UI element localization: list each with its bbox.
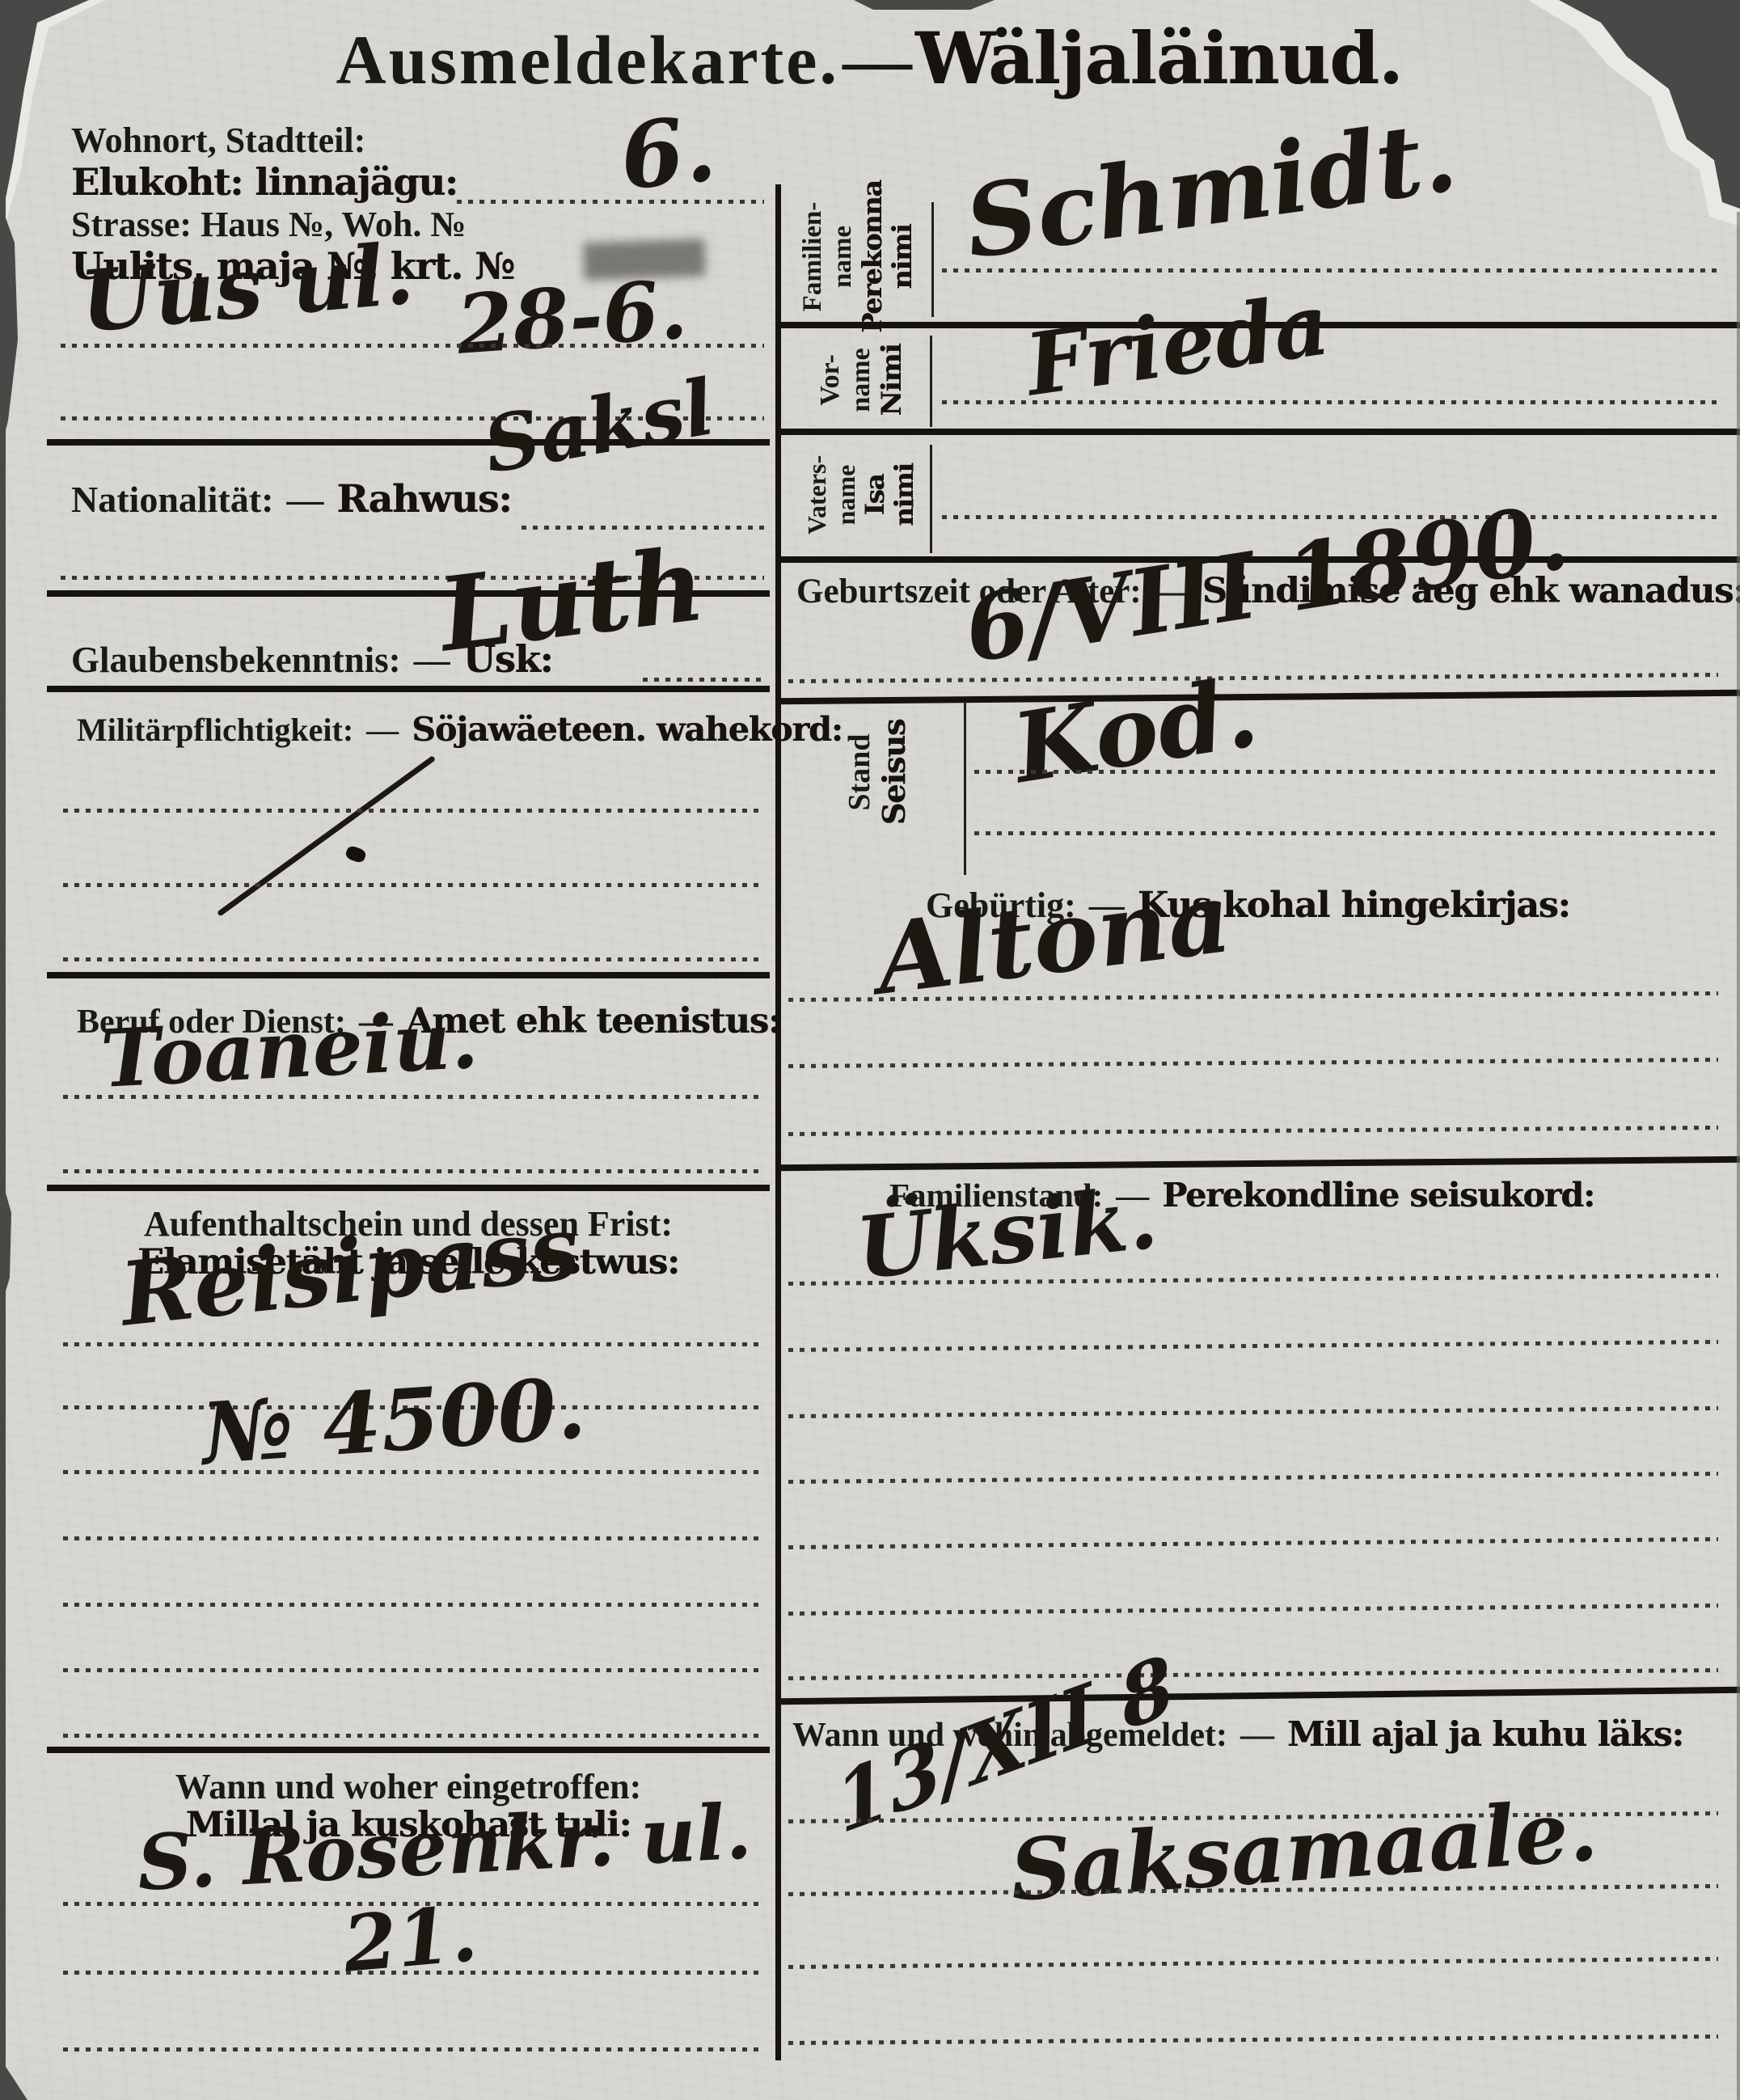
dotted-line	[788, 1340, 1718, 1352]
handwriting-religion: Luth	[434, 535, 709, 667]
vertical-label-father-name: Vaters- name Isa nimi	[796, 438, 926, 551]
dotted-line	[63, 1169, 764, 1173]
label-perekondline: Perekondline seisukord:	[1162, 1177, 1594, 1214]
label-rahwus: Rahwus:	[336, 479, 511, 521]
dotted-line	[788, 1957, 1718, 1969]
dotted-line	[788, 1604, 1718, 1616]
label-familienname-line2: name	[828, 226, 858, 288]
label-wohnort-stadtteil: Wohnort, Stadtteil:	[71, 121, 365, 160]
label-nationalitaet: Nationalität:	[71, 480, 273, 521]
dotted-line	[643, 678, 764, 682]
dotted-line	[63, 883, 764, 887]
scan-edge-right	[1737, 212, 1740, 2100]
card-title: Ausmeldekarte. — Wäljaläinud.	[121, 19, 1617, 99]
scanned-registration-card: Ausmeldekarte. — Wäljaläinud. Wohnort, S…	[0, 0, 1740, 2100]
dotted-line	[63, 957, 764, 961]
card-title-german: Ausmeldekarte.	[336, 21, 839, 99]
handwriting-passport-number: № 4500.	[199, 1366, 588, 1477]
dotted-line	[942, 515, 1718, 519]
handwriting-status: Kod.	[1007, 664, 1264, 796]
dotted-line	[63, 1668, 764, 1672]
handwriting-family-name: Schmidt.	[960, 106, 1463, 273]
handwriting-first-name: Frieda	[1021, 281, 1334, 408]
handwriting-street: Uus ul.	[77, 231, 416, 344]
dotted-line	[788, 2035, 1718, 2045]
label-separator-rule	[930, 445, 932, 553]
handwriting-flat-number: 6.	[616, 104, 720, 204]
label-perekonna-nimi: nimi	[888, 225, 918, 289]
section-rule	[47, 1185, 770, 1191]
section-rule	[778, 1156, 1740, 1171]
dotted-line	[63, 809, 764, 813]
section-rule	[778, 690, 1740, 704]
section-rule	[778, 429, 1740, 435]
title-dash: —	[843, 21, 912, 99]
section-rule	[47, 972, 770, 978]
paper-card: Ausmeldekarte. — Wäljaläinud. Wohnort, S…	[0, 0, 1740, 2100]
dotted-line	[63, 2047, 764, 2051]
dotted-line	[63, 1971, 764, 1975]
label-familienname-line1: Familien-	[798, 202, 828, 312]
label-glaubensbekenntnis: Glaubensbekenntnis:	[71, 640, 401, 681]
ink-blot	[344, 844, 367, 864]
label-vatersname-line2: name	[832, 465, 861, 526]
dotted-line	[63, 1734, 764, 1738]
label-dash: —	[366, 712, 399, 748]
handwriting-slash-mark	[217, 755, 436, 917]
handwriting-birth-date: 6/VIII 1890.	[959, 492, 1574, 676]
vertical-label-family-name: Familien- name Perekonna nimi	[788, 194, 927, 319]
dotted-line	[942, 268, 1718, 273]
dotted-line	[61, 344, 764, 348]
label-stand: Stand	[843, 733, 877, 810]
label-nimi: Nimi	[876, 344, 907, 416]
label-vorname-line1: Vor-	[815, 354, 846, 406]
dotted-line	[788, 673, 1718, 683]
dotted-line	[974, 831, 1718, 835]
label-mill-ajal-kuhu: Mill ajal ja kuhu läks:	[1287, 1716, 1683, 1753]
label-isa: Isa	[861, 475, 890, 516]
section-rule	[778, 1687, 1740, 1705]
dotted-line	[788, 1406, 1718, 1418]
dotted-line	[63, 1603, 764, 1607]
dotted-line	[63, 1095, 764, 1099]
label-vorname-line2: name	[846, 348, 876, 412]
label-isa-nimi: nimi	[890, 463, 919, 526]
label-sojawaeteen: Söjawäeteen. wahekord:	[412, 712, 843, 748]
handwriting-departure-place: Saksamaale.	[1007, 1788, 1600, 1912]
label-separator-rule	[964, 702, 966, 875]
dotted-line	[63, 1342, 764, 1346]
section-rule	[47, 686, 770, 692]
vertical-label-status: Stand Seisus	[796, 720, 958, 825]
label-perekonna: Perekonna	[858, 180, 888, 333]
dotted-line	[788, 1058, 1718, 1068]
dotted-line	[788, 1472, 1718, 1484]
dotted-line	[522, 526, 764, 530]
label-vatersname-line1: Vaters-	[803, 455, 832, 535]
center-divider-rule	[775, 184, 781, 2060]
handwriting-house-number: 28-6.	[454, 268, 690, 365]
card-title-estonian: Wäljaläinud.	[915, 16, 1403, 100]
dotted-line	[788, 1668, 1718, 1680]
label-seisus: Seisus	[877, 720, 912, 825]
section-rule	[47, 1747, 770, 1753]
vertical-label-first-name: Vor- name Nimi	[796, 332, 926, 429]
handwriting-nationality: Saksl	[479, 369, 720, 484]
dotted-line	[974, 770, 1718, 774]
handwriting-occupation: Toaneiu.	[99, 1001, 479, 1100]
dotted-line	[788, 1126, 1718, 1136]
label-separator-rule	[931, 202, 934, 317]
dotted-line	[63, 1536, 764, 1540]
label-dash: —	[1240, 1717, 1274, 1754]
label-separator-rule	[930, 336, 932, 427]
dotted-line	[63, 1470, 764, 1474]
dotted-line	[788, 1537, 1718, 1549]
label-dash: —	[286, 480, 323, 521]
label-elukoht-linnajagu: Elukoht: linnajägu:	[71, 162, 458, 203]
label-militaerpflichtigkeit: Militärpflichtigkeit:	[77, 712, 353, 748]
